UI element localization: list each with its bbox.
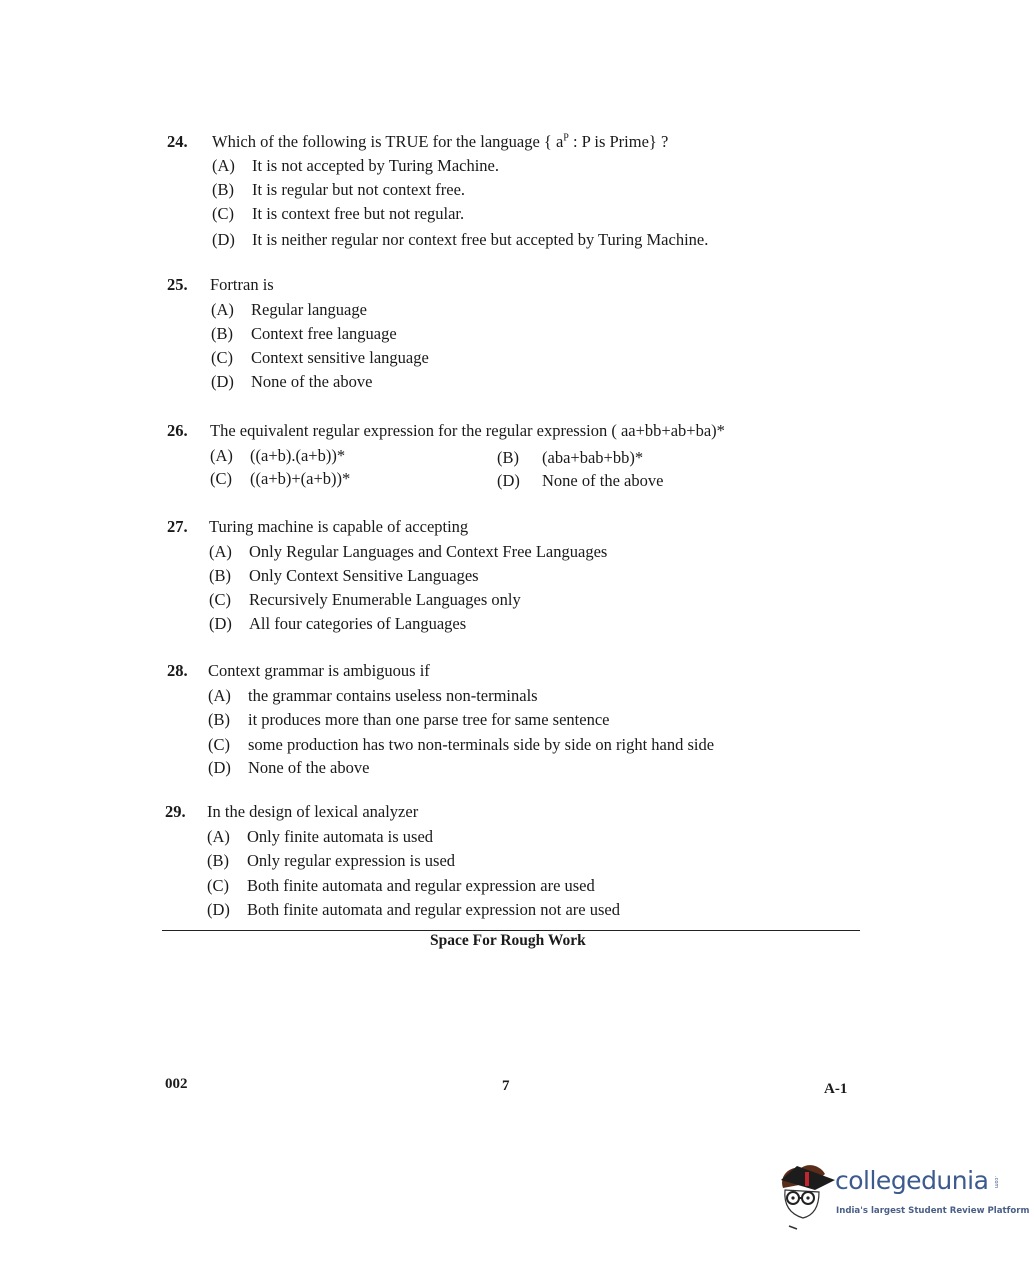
option-26-c: (C)((a+b)+(a+b))* <box>210 469 350 489</box>
question-number: 26. <box>167 421 188 441</box>
footer-page-number: 7 <box>502 1078 510 1095</box>
question-text: Turing machine is capable of accepting <box>209 517 468 537</box>
collegedunia-logo: collegedunia .com India's largest Studen… <box>775 1160 1005 1230</box>
option-28-d: (D)None of the above <box>208 758 369 778</box>
option-28-a: (A)the grammar contains useless non-term… <box>208 686 538 706</box>
option-26-d: (D)None of the above <box>497 471 663 491</box>
logo-wordmark: collegedunia <box>835 1166 988 1195</box>
option-27-c: (C)Recursively Enumerable Languages only <box>209 590 521 610</box>
question-text: Which of the following is TRUE for the l… <box>212 132 668 152</box>
option-24-b: (B)It is regular but not context free. <box>212 180 465 200</box>
mascot-icon <box>775 1160 837 1230</box>
question-text: Fortran is <box>210 275 274 295</box>
question-number: 27. <box>167 517 188 537</box>
logo-suffix: .com <box>993 1176 999 1188</box>
question-number: 25. <box>167 275 188 295</box>
question-number: 24. <box>167 132 188 152</box>
question-text: Context grammar is ambiguous if <box>208 661 430 681</box>
option-27-b: (B)Only Context Sensitive Languages <box>209 566 479 586</box>
question-text: In the design of lexical analyzer <box>207 802 418 822</box>
option-25-d: (D)None of the above <box>211 372 372 392</box>
option-25-c: (C)Context sensitive language <box>211 348 429 368</box>
logo-tagline: India's largest Student Review Platform <box>836 1206 1029 1216</box>
rough-work-heading: Space For Rough Work <box>430 932 586 950</box>
option-24-c: (C)It is context free but not regular. <box>212 204 464 224</box>
option-24-d: (D)It is neither regular nor context fre… <box>212 230 708 250</box>
option-28-c: (C)some production has two non-terminals… <box>208 735 714 755</box>
option-27-d: (D)All four categories of Languages <box>209 614 466 634</box>
option-25-a: (A)Regular language <box>211 300 367 320</box>
divider-line <box>162 930 860 931</box>
option-25-b: (B)Context free language <box>211 324 397 344</box>
option-27-a: (A)Only Regular Languages and Context Fr… <box>209 542 607 562</box>
question-number: 29. <box>165 802 186 822</box>
footer-code: 002 <box>165 1076 188 1093</box>
footer-set: A-1 <box>824 1081 847 1098</box>
option-26-a: (A)((a+b).(a+b))* <box>210 446 345 466</box>
option-28-b: (B)it produces more than one parse tree … <box>208 710 609 730</box>
option-29-a: (A)Only finite automata is used <box>207 827 433 847</box>
option-26-b: (B)(aba+bab+bb)* <box>497 448 643 468</box>
option-29-d: (D)Both finite automata and regular expr… <box>207 900 620 920</box>
option-29-c: (C)Both finite automata and regular expr… <box>207 876 595 896</box>
option-29-b: (B)Only regular expression is used <box>207 851 455 871</box>
question-text: The equivalent regular expression for th… <box>210 421 725 441</box>
question-number: 28. <box>167 661 188 681</box>
option-24-a: (A)It is not accepted by Turing Machine. <box>212 156 499 176</box>
